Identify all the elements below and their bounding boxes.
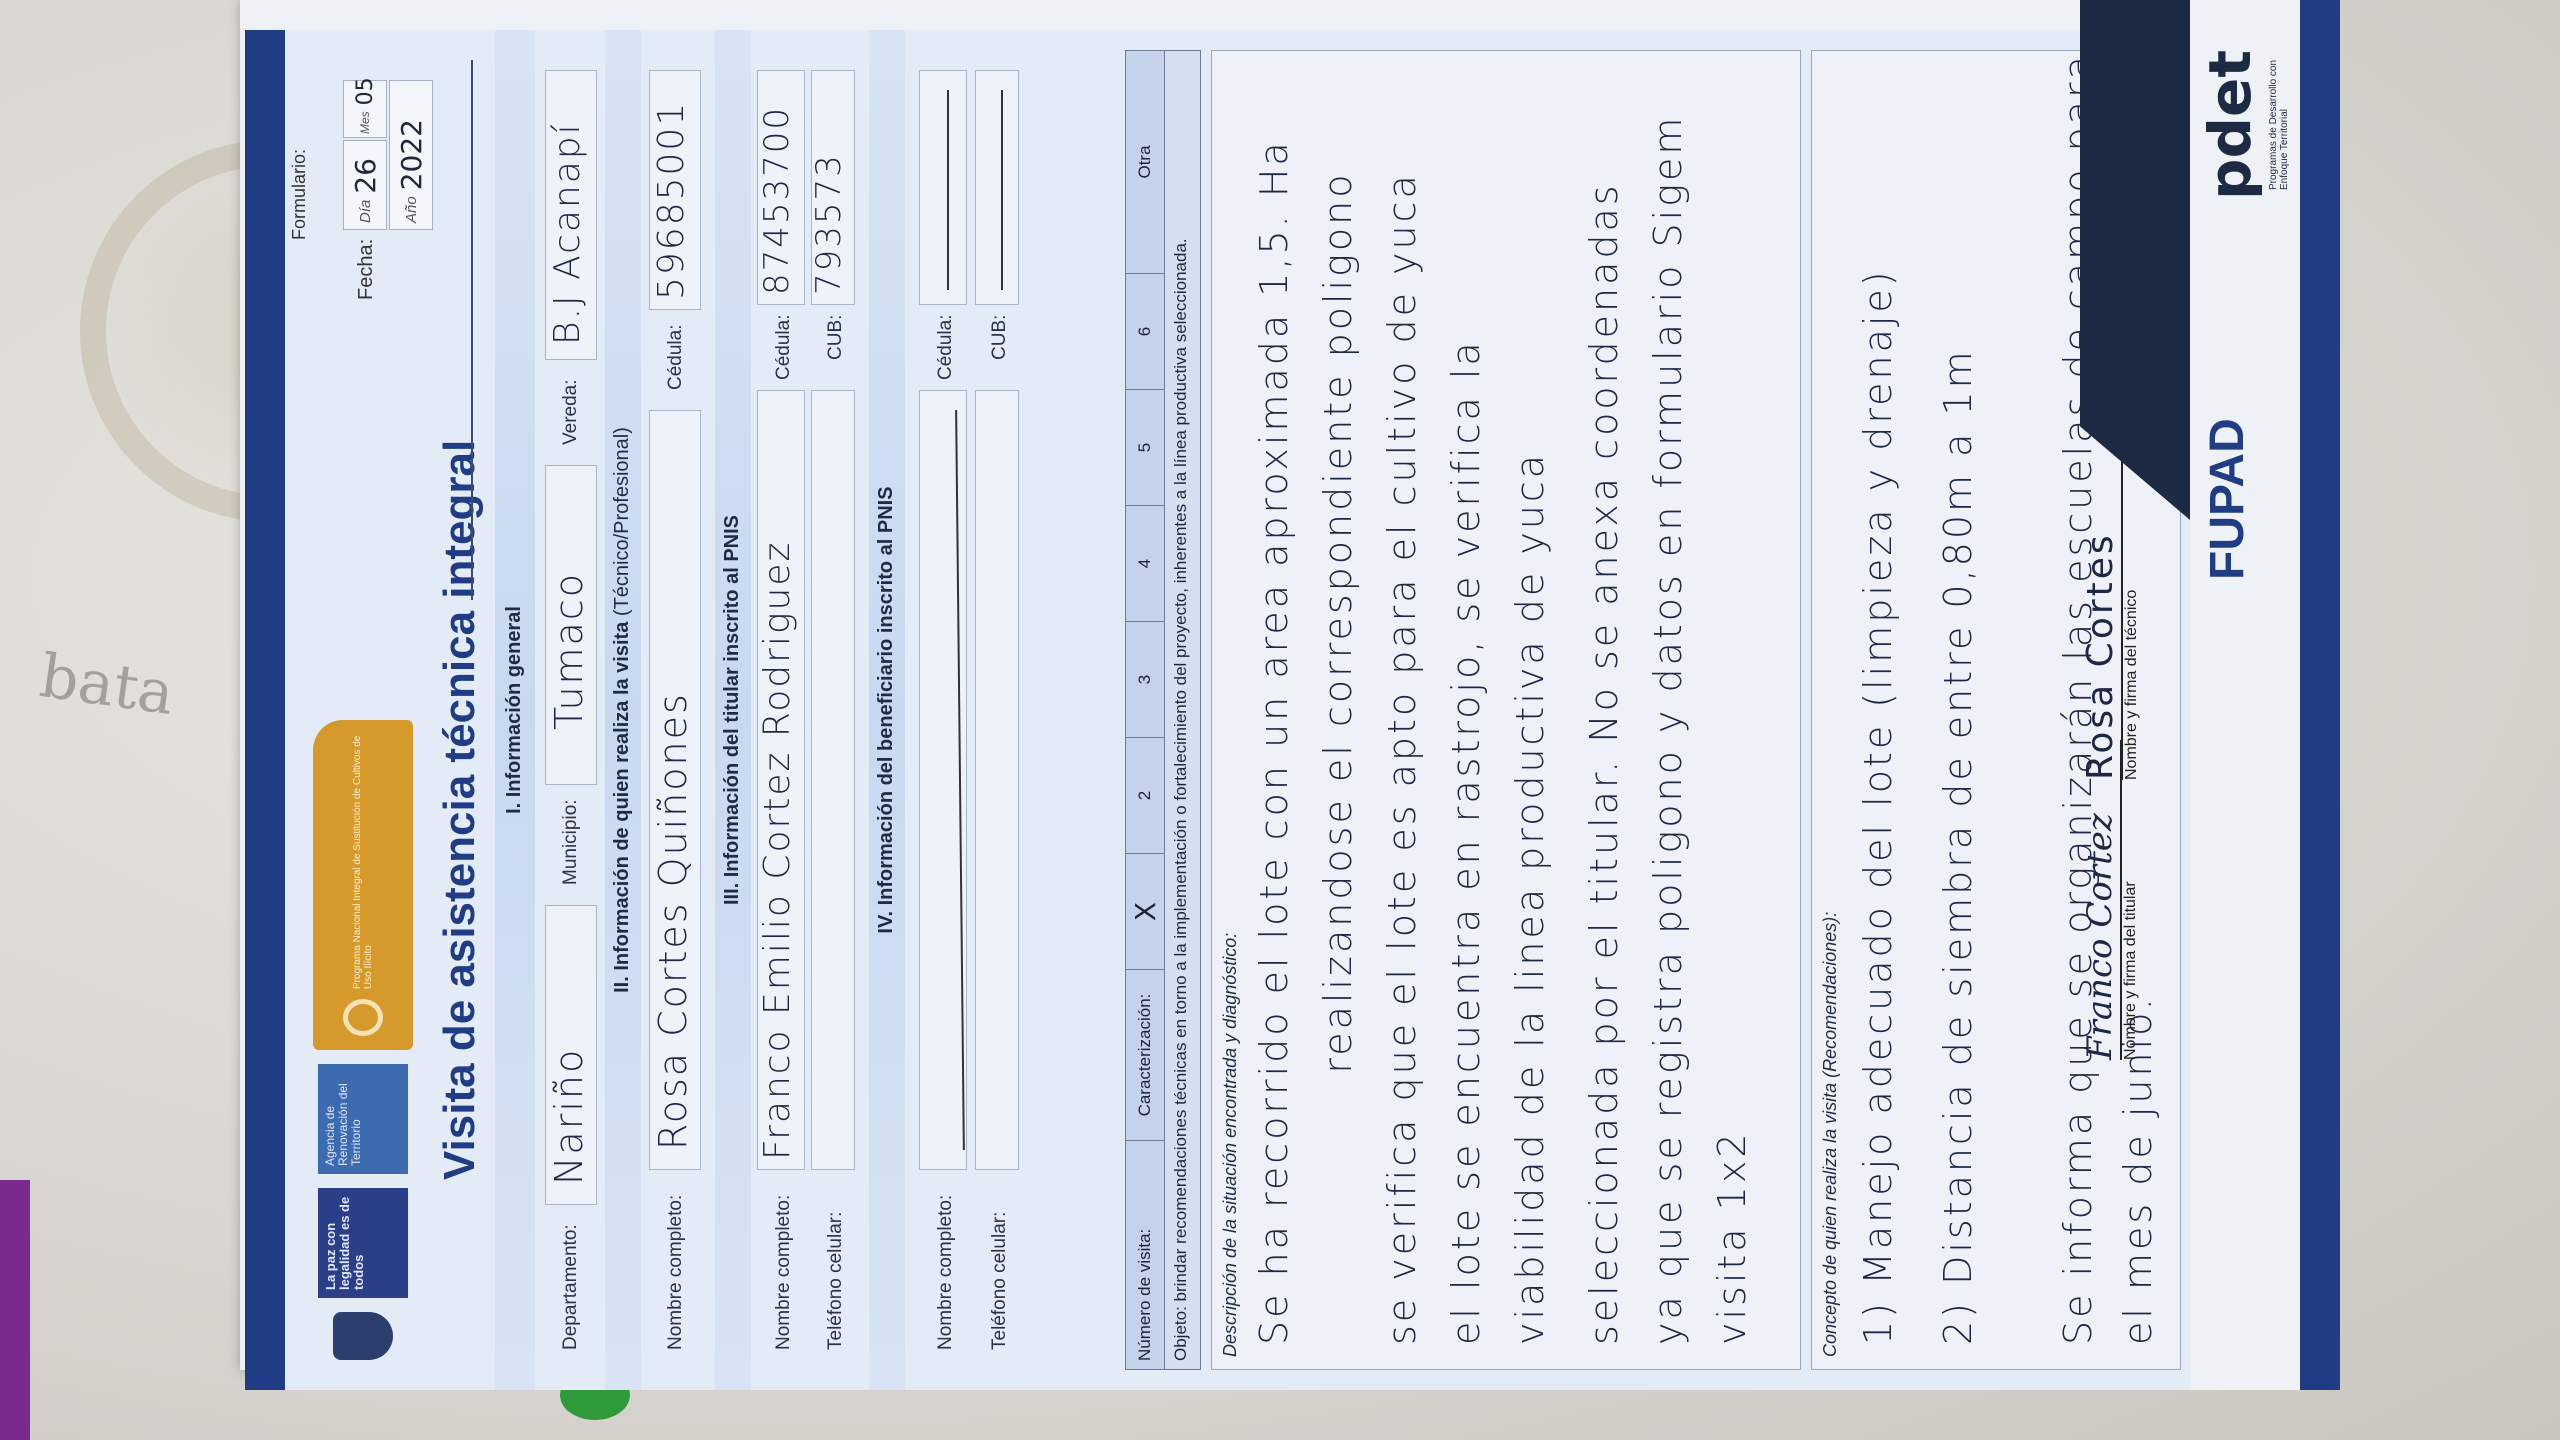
titular-signature[interactable]: Franco Cortez Nombre y firma del titular (2080, 740, 2140, 1060)
tecnico-nombre-label: Nombre completo: (665, 1195, 687, 1350)
section-4-title: IV. Información del beneficiario inscrit… (875, 30, 898, 1390)
form-title: Visita de asistencia técnica integral (435, 440, 485, 1180)
date-year-field[interactable]: Año 2022 (389, 80, 433, 230)
section-3-title: III. Información del titular inscrito al… (721, 30, 744, 1390)
fecha-label: Fecha: (355, 239, 378, 300)
descripcion-line: seleccionada por el titular. No se anexa… (1582, 182, 1626, 1345)
descripcion-line: ya que se registra poligono y datos en f… (1646, 115, 1690, 1345)
departamento-value: Nariño (547, 1048, 591, 1185)
beneficiario-cub-label: CUB: (989, 315, 1011, 360)
purple-object-edge (0, 1180, 30, 1440)
logo-paz-legalidad: La paz con legalidad es de todos (318, 1188, 408, 1298)
logo-agencia-renovacion: Agencia de Renovación del Territorio (318, 1064, 408, 1174)
caracterizacion-option-3[interactable]: 3 (1126, 622, 1164, 738)
caracterizacion-table: Número de visita: Caracterización: X 2 3… (1125, 50, 1165, 1370)
vereda-value: B.J Acanapí (547, 122, 588, 345)
form-top-bar (245, 30, 285, 1390)
titular-cub-label: CUB: (825, 315, 847, 360)
beneficiario-cedula-label: Cédula: (935, 315, 957, 381)
beneficiario-cedula-strike (947, 90, 949, 290)
descripcion-line: el lote se encuentra en rastrojo, se ver… (1444, 339, 1488, 1345)
footer-blue-edge (2300, 0, 2340, 1390)
date-month-field[interactable]: Mes 05 (343, 80, 387, 138)
descripcion-line: viabilidad de la linea productiva de yuc… (1508, 452, 1552, 1345)
recomendaciones-label: Concepto de quien realiza la visita (Rec… (1820, 912, 1841, 1357)
title-rule (471, 60, 473, 600)
descripcion-line: visita 1x2 (1710, 1130, 1754, 1345)
form-photo: La paz con legalidad es de todos Agencia… (245, 30, 2215, 1390)
titular-nombre-label: Nombre completo: (773, 1195, 795, 1350)
section-2-title: II. Información de quien realiza la visi… (611, 30, 634, 1390)
municipio-value: Tumaco (547, 572, 591, 730)
departamento-label: Departamento: (560, 1224, 582, 1350)
titular-cub-value: 793573 (809, 153, 849, 295)
titular-cedula-value: 87453700 (757, 106, 797, 295)
tecnico-cedula-value: 59685001 (651, 101, 692, 300)
pdet-subtitle: Programas de Desarrollo con Enfoque Terr… (2268, 30, 2290, 190)
date-day-field[interactable]: Día 26 (343, 140, 387, 230)
pdet-logo: pdet (2196, 50, 2264, 200)
descripcion-box[interactable]: Descripción de la situación encontrada y… (1211, 50, 1801, 1370)
beneficiario-nombre-label: Nombre completo: (935, 1195, 957, 1350)
caracterizacion-option-1[interactable]: X (1126, 854, 1164, 970)
beneficiario-cub-strike (1001, 90, 1003, 290)
descripcion-line: Se ha recorrido el lote con un area apro… (1252, 139, 1296, 1345)
swirl-icon (343, 999, 383, 1036)
tecnico-nombre-value: Rosa Cortes Quiñones (651, 692, 695, 1150)
formulario-label: Formulario: (289, 149, 310, 240)
beneficiario-telefono-label: Teléfono celular: (989, 1212, 1011, 1350)
caracterizacion-option-4[interactable]: 4 (1126, 506, 1164, 622)
header-logos: La paz con legalidad es de todos Agencia… (293, 720, 433, 1360)
descripcion-line: se verifica que el lote es apto para el … (1380, 172, 1424, 1345)
tecnico-signature-label: Nombre y firma del técnico (2123, 460, 2141, 780)
titular-signature-label: Nombre y firma del titular (2122, 740, 2140, 1060)
background-scribble: bata (36, 641, 178, 729)
beneficiario-cedula-field[interactable] (919, 70, 967, 305)
recomendacion-line: 2) Distancia de siembra de entre 0,80m a… (1936, 348, 1980, 1345)
beneficiario-cub-field[interactable] (975, 70, 1019, 305)
vereda-label: Vereda: (560, 380, 582, 446)
tecnico-signature[interactable]: Rosa Cortes Nombre y firma del técnico (2080, 460, 2140, 780)
caracterizacion-option-otra[interactable]: Otra (1126, 51, 1164, 274)
caracterizacion-label: Caracterización: (1126, 970, 1164, 1141)
titular-telefono-label: Teléfono celular: (825, 1212, 847, 1350)
section-1-title: I. Información general (503, 30, 526, 1390)
colombia-shield-icon (333, 1312, 393, 1360)
descripcion-line: realizandose el correspondiente poligono (1316, 171, 1360, 1345)
caracterizacion-option-6[interactable]: 6 (1126, 274, 1164, 390)
titular-telefono-field[interactable] (811, 390, 855, 1170)
assistance-visit-form: La paz con legalidad es de todos Agencia… (245, 30, 2215, 1390)
objetivo-text: Objeto: brindar recomendaciones técnicas… (1165, 50, 1201, 1370)
caracterizacion-option-2[interactable]: 2 (1126, 738, 1164, 854)
fupad-logo: FUPAD (2200, 418, 2255, 580)
titular-nombre-value: Franco Emilio Cortez Rodriguez (757, 541, 798, 1160)
numero-visita-label: Número de visita: (1126, 1141, 1164, 1369)
beneficiario-telefono-field[interactable] (975, 390, 1019, 1170)
recomendacion-line: 1) Manejo adecuado del lote (limpieza y … (1856, 268, 1900, 1345)
footer-logo-strip: FUPAD pdet Programas de Desarrollo con E… (2190, 0, 2300, 1390)
descripcion-label: Descripción de la situación encontrada y… (1220, 933, 1241, 1357)
municipio-label: Municipio: (560, 799, 582, 885)
logo-pnis: Programa Nacional Integral de Sustitució… (313, 720, 413, 1050)
titular-cedula-label: Cédula: (773, 315, 795, 381)
caracterizacion-option-5[interactable]: 5 (1126, 390, 1164, 506)
tecnico-cedula-label: Cédula: (665, 325, 687, 391)
